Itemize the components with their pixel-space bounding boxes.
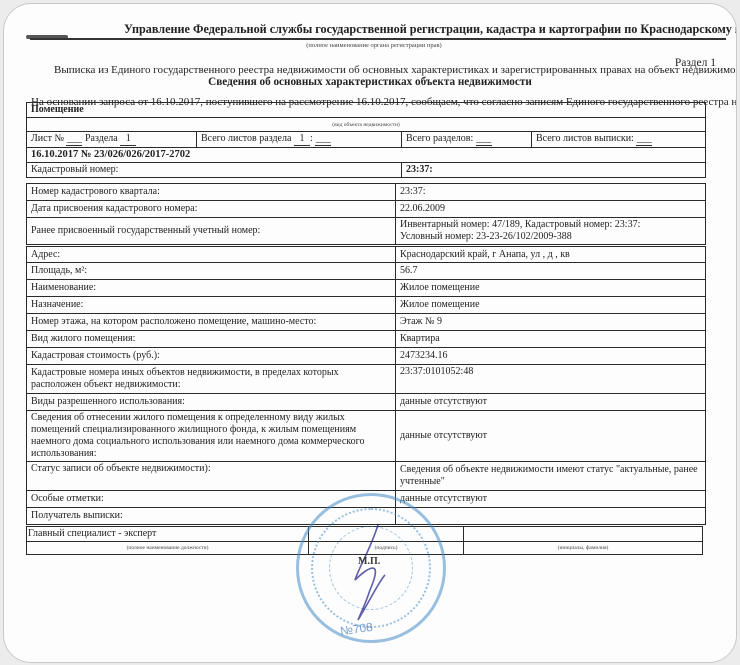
row-label: Назначение: <box>27 297 396 314</box>
row-value: данные отсутствуют <box>396 491 706 508</box>
row-value: Этаж № 9 <box>396 314 706 331</box>
row-label: Сведения об отнесении жилого помещения к… <box>27 411 396 462</box>
section-value: 1 <box>120 133 136 146</box>
row-label: Виды разрешенного использования: <box>27 394 396 411</box>
row-value: Инвентарный номер: 47/189, Кадастровый н… <box>396 218 706 245</box>
object-type-caption: (вид объекта недвижимости) <box>27 118 706 132</box>
total-sheets-extract-value: ___ <box>636 133 652 146</box>
row-label: Номер этажа, на котором расположено поме… <box>27 314 396 331</box>
row-value: Краснодарский край, г Анапа, ул , д , кв <box>396 247 706 263</box>
row-label: Площадь, м²: <box>27 263 396 280</box>
row-value: Жилое помещение <box>396 297 706 314</box>
row-label: Дата присвоения кадастрового номера: <box>27 201 396 218</box>
row-label: Кадастровая стоимость (руб.): <box>27 348 396 365</box>
cadastral-number-label: Кадастровый номер: <box>27 163 402 178</box>
row-label: Статус записи об объекте недвижимости): <box>27 462 396 491</box>
conditional-number: Условный номер: 23-23-26/102/2009-388 <box>400 231 701 243</box>
total-sections-label: Всего разделов: <box>406 133 473 144</box>
row-label: Вид жилого помещения: <box>27 331 396 348</box>
extract-title: Выписка из Единого государственного реес… <box>54 64 737 76</box>
row-label: Наименование: <box>27 280 396 297</box>
total-sections-value: ___ <box>476 133 492 146</box>
row-value: Сведения об объекте недвижимости имеют с… <box>396 462 706 491</box>
organization-caption: (полное наименование органа регистрации … <box>4 42 737 49</box>
row-value: 56.7 <box>396 263 706 280</box>
row-label: Адрес: <box>27 247 396 263</box>
name-field <box>464 527 703 542</box>
row-value: Жилое помещение <box>396 280 706 297</box>
signature-scribble-icon <box>330 520 420 630</box>
document-subtitle: Сведения об основных характеристиках объ… <box>4 76 736 88</box>
row-label: Ранее присвоенный государственный учетны… <box>27 218 396 245</box>
cadastral-number-value: 23:37: <box>402 163 706 178</box>
sheet-section-cell: Лист № ___ Раздела 1 <box>27 132 197 148</box>
object-header-table: Помещение (вид объекта недвижимости) Лис… <box>26 102 706 178</box>
row-label: Кадастровые номера иных объектов недвижи… <box>27 365 396 394</box>
row-value: данные отсутствуют <box>396 394 706 411</box>
position-name: Главный специалист - эксперт <box>27 527 309 542</box>
date-number: 16.10.2017 № 23/026/026/2017-2702 <box>27 148 706 163</box>
sheet-value: ___ <box>66 133 82 146</box>
row-value: 2473234.16 <box>396 348 706 365</box>
row-value: 23:37:0101052:48 <box>396 365 706 394</box>
total-sheets-extract-cell: Всего листов выписки: ___ <box>532 132 706 148</box>
total-sheets-section-separator: : <box>310 133 313 144</box>
total-sheets-section-value: 1 <box>294 133 310 146</box>
inventory-number: Инвентарный номер: 47/189, Кадастровый н… <box>400 219 701 231</box>
row-value: данные отсутствуют <box>396 411 706 462</box>
row-value <box>396 508 706 525</box>
sheet-label: Лист № <box>31 133 64 144</box>
row-value: 22.06.2009 <box>396 201 706 218</box>
object-type: Помещение <box>27 103 706 118</box>
total-sheets-section-blank: ___ <box>315 133 331 146</box>
total-sheets-section-cell: Всего листов раздела 1: ___ <box>197 132 402 148</box>
name-caption: (инициалы, фамилия) <box>464 542 703 555</box>
section-label: Раздела <box>85 133 118 144</box>
organization-name: Управление Федеральной службы государств… <box>124 22 737 37</box>
total-sections-cell: Всего разделов: ___ <box>402 132 532 148</box>
details-table: Адрес:Краснодарский край, г Анапа, ул , … <box>26 246 706 525</box>
position-caption: (полное наименование должности) <box>27 542 309 555</box>
total-sheets-section-label: Всего листов раздела <box>201 133 291 144</box>
stamp-label: М.П. <box>358 556 380 567</box>
main-info-table: Номер кадастрового квартала:23:37: Дата … <box>26 183 706 245</box>
row-label: Номер кадастрового квартала: <box>27 184 396 201</box>
row-value: 23:37: <box>396 184 706 201</box>
header-rule <box>30 38 726 40</box>
total-sheets-extract-label: Всего листов выписки: <box>536 133 634 144</box>
row-value: Квартира <box>396 331 706 348</box>
